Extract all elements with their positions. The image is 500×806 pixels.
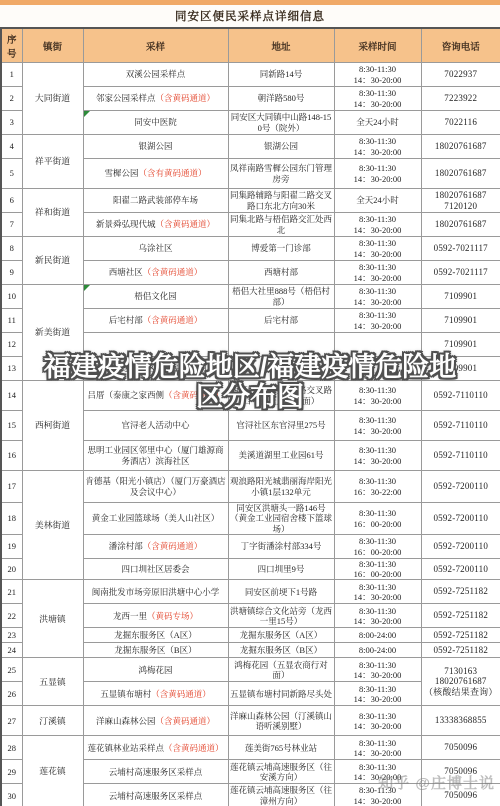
time-cell: 8:30-11:3016：00-20:00 [334,503,421,535]
table-header-row: 序号镇街采样地址采样时间咨询电话 [1,28,500,63]
address-cell: 西柯惠阳路与通福路交叉路口（泰康之家后面） [228,381,334,411]
site-yellow-code-note: （含黄码通道） [164,743,224,753]
row-number-cell: 17 [1,471,22,503]
site-cell: 闽南批发市场旁原旧洪塘中心小学 [83,580,228,604]
site-name-text: 西塘社区 [109,267,143,277]
site-cell: 新景舜弘现代城（含黄码通道） [83,213,228,237]
table-row: 25五显镇鸿梅花园鸿梅花园（五显农商行对面）8:30-11:3014：30-20… [1,658,500,682]
site-cell: 吕厝（泰康之家西侧（含黄码通道） [83,381,228,411]
time-cell: 8:00-24:00 [334,628,421,643]
row-number-cell: 26 [1,682,22,706]
address-cell: 同安区洪塘头一路146号（黄金工业园宿舍楼下篮球场） [228,503,334,535]
town-cell: 莲花镇 [22,736,83,806]
address-cell: 鸿梅花园（五显农商行对面） [228,658,334,682]
site-cell: 官浔老人活动中心 [83,411,228,441]
phone-cell: 0592-7200110 [421,503,500,535]
site-cell: 莲花镇林业站采样点（含黄码通道） [83,736,228,760]
time-cell: 8:30-11:3016：00-20:00 [334,535,421,559]
row-number-cell: 8 [1,237,22,261]
site-cell: 龙掘东服务区（B区） [83,643,228,658]
time-cell: 8:30-11:3014：30-20:00 [334,357,421,381]
address-cell: 洋麻山森林公园（汀溪镇山语听溪别墅） [228,706,334,736]
row-number-cell: 2 [1,87,22,111]
site-yellow-code-note: （含黄码通道） [156,716,216,726]
phone-cell: 7050096 [421,760,500,784]
time-cell: 8:30-11:3014：30-20:00 [334,580,421,604]
site-name-text: 乌涂社区 [138,243,172,253]
table-row: 10新美街道梧侣文化园梧侣大社里888号（梧侣村部）8:30-11:3014：3… [1,285,500,309]
table-row: 21洪塘镇闽南批发市场旁原旧洪塘中心小学同安区前埂下1号路8:30-11:301… [1,580,500,604]
town-cell: 五显镇 [22,658,83,706]
address-cell: 同安区大同镇中山路148-150号（院外） [228,111,334,135]
site-cell: 鸿梅花园 [83,658,228,682]
row-number-cell: 14 [1,381,22,411]
table-row: 4祥平街道银湖公园银湖公园8:30-11:3014：30-20:00180207… [1,135,500,159]
site-name-text: 龙西一里 [113,611,147,621]
site-cell: 五显镇布塘村（含黄码通道） [83,682,228,706]
phone-cell: 0592-7251182 [421,604,500,628]
address-cell: 凤祥南路雪樨公园东门管理房旁 [228,159,334,189]
address-cell: 服务区 [228,357,334,381]
site-cell: 银湖公园 [83,135,228,159]
time-cell: 8:30-11:3014：30-20:00 [334,309,421,333]
time-cell: 8:30-11:3014：30-20:00 [334,213,421,237]
site-name-text: 莲花镇林业站采样点 [87,743,164,753]
time-cell: 8:30-11:3014：30-20:00 [334,261,421,285]
row-number-cell: 1 [1,63,22,87]
site-cell: 同安中医院 [83,111,228,135]
column-header-6: 咨询电话 [421,28,500,63]
phone-cell: 0592-7251182 [421,628,500,643]
phone-cell: 18020761687 [421,213,500,237]
row-number-cell: 13 [1,357,22,381]
site-yellow-code-note: （含黄码通道） [156,93,216,103]
address-cell: 西塘村部 [228,261,334,285]
site-cell: 黄金工业园篮球场（美人山社区） [83,503,228,535]
time-cell: 8:30-11:3014：30-20:00 [334,706,421,736]
town-cell: 美林街道 [22,471,83,580]
row-number-cell: 19 [1,535,22,559]
site-cell: 潘涂村部（含黄码通道） [83,535,228,559]
site-name-text: 洋麻山森林公园 [96,716,156,726]
site-cell: 四口圳社区居委会 [83,559,228,580]
time-cell: 8:30-11:3014：30-20:00 [334,604,421,628]
phone-cell: 13338368855 [421,706,500,736]
phone-cell: 7022116 [421,111,500,135]
row-number-cell: 24 [1,643,22,658]
site-name-text: 黄金工业园篮球场（美人山社区） [92,513,220,523]
time-cell: 8:30-11:3014：30-20:00 [334,135,421,159]
row-number-cell: 3 [1,111,22,135]
phone-cell: 7109901 [421,357,500,381]
site-name-text: 闽南批发市场旁原旧洪塘中心小学 [92,587,220,597]
phone-cell: 18020761687 [421,159,500,189]
site-cell: 洋麻山森林公园（含黄码通道） [83,706,228,736]
time-cell: 8:00-24:00 [334,643,421,658]
site-name-text: 官浔老人活动中心 [121,420,189,430]
time-cell: 8:30-11:3014：30-20:00 [334,658,421,682]
town-cell: 洪塘镇 [22,580,83,658]
site-name-text: 潘涂村部 [109,541,143,551]
table-row: 17美林街道肯德基（阳光小镇店）（厦门万豪酒店及会议中心）观浪路阳光城翡丽海岸阳… [1,471,500,503]
site-cell: 龙掘东服务区（A区） [83,628,228,643]
address-cell: 五显镇布塘村同新路尽头处 [228,682,334,706]
table-body: 1大同街道双溪公园采样点同新路14号8:30-11:3014：30-20:007… [1,63,500,806]
site-yellow-code-note: （含黄码通道） [143,315,203,325]
row-number-cell: 30 [1,784,22,806]
site-name-text: 阳翟二路武装部停车场 [113,195,198,205]
column-header-4: 地址 [228,28,334,63]
row-number-cell: 20 [1,559,22,580]
phone-cell: 0592-7200110 [421,535,500,559]
address-cell: 同安区前埂下1号路 [228,580,334,604]
site-yellow-code-note: （黄码专场） [147,611,198,621]
site-cell: 阳翟二路武装部停车场 [83,189,228,213]
phone-cell: 713016318020761687（核酸结果查询） [421,658,500,706]
row-number-cell: 9 [1,261,22,285]
time-cell: 8:30-11:3014：30-20:00 [334,285,421,309]
column-header-5: 采样时间 [334,28,421,63]
site-name-text: 新景舜弘现代城 [96,219,156,229]
address-cell: 龙掘东服务区（B区） [228,643,334,658]
site-name-text: 邻家公园采样点 [96,93,156,103]
site-name-text: 同安中医院 [134,117,177,127]
site-cell: 肯德基（阳光小镇店）（厦门万豪酒店及会议中心） [83,471,228,503]
phone-cell: 7223922 [421,87,500,111]
time-cell [334,333,421,357]
town-cell: 新美街道 [22,285,83,381]
site-name-text: 龙掘东服务区（B区） [114,645,196,655]
town-cell: 汀溪镇 [22,706,83,736]
town-cell: 大同街道 [22,63,83,135]
column-header-3: 采样 [83,28,228,63]
time-cell: 8:30-11:3014：30-20:00 [334,87,421,111]
phone-cell: 0592-7021117 [421,261,500,285]
address-cell: 莲花镇云埔高速服务区（往安溪方向） [228,760,334,784]
time-cell: 全天24小时 [334,189,421,213]
row-number-cell: 27 [1,706,22,736]
table-row: 1大同街道双溪公园采样点同新路14号8:30-11:3014：30-20:007… [1,63,500,87]
site-name-text: 五显镇布塘村 [100,689,151,699]
site-cell: 邻家公园采样点（含黄码通道） [83,87,228,111]
time-cell: 8:30-11:3014：30-20:00 [334,441,421,471]
table-title: 同安区便民采样点详细信息 [0,5,500,27]
time-cell: 8:30-11:3014：30-20:00 [334,237,421,261]
table-row: 14西柯街道吕厝（泰康之家西侧（含黄码通道）西柯惠阳路与通福路交叉路口（泰康之家… [1,381,500,411]
site-name-text: 后宅村部 [109,315,143,325]
site-name-text: 肯德基（阳光小镇店）（厦门万豪酒店及会议中心） [85,476,225,496]
address-cell: 博爱第一门诊部 [228,237,334,261]
phone-cell: 0592-7110110 [421,441,500,471]
row-number-cell: 23 [1,628,22,643]
page: { "page": { "title": "同安区便民采样点详细信息", "ov… [0,0,500,806]
phone-cell: 0592-7200110 [421,559,500,580]
phone-cell: 0592-7021117 [421,237,500,261]
site-name-text: 思明工业园区邻里中心（厦门雄源商务酒店）滨海社区 [87,445,223,465]
site-yellow-code-note: （含黄码通道） [143,541,203,551]
address-cell: 同集北路与梧侣路交汇处西北 [228,213,334,237]
phone-cell: 180207616877120120 [421,189,500,213]
row-number-cell: 15 [1,411,22,441]
site-cell [83,333,228,357]
time-cell: 8:30-11:3016：00-20:00 [334,559,421,580]
site-cell: 乌涂社区 [83,237,228,261]
site-yellow-code-note: （含黄码通道） [151,689,211,699]
row-number-cell: 25 [1,658,22,682]
table-row: 6祥和街道阳翟二路武装部停车场同集路辅路与阳翟二路交叉路口东北方向30米全天24… [1,189,500,213]
address-cell: 洪塘镇综合文化站旁（龙西一里15号） [228,604,334,628]
row-number-cell: 29 [1,760,22,784]
table-header: 序号镇街采样地址采样时间咨询电话 [1,28,500,63]
site-yellow-code-note: （含黄码通道） [164,390,224,400]
time-cell: 8:30-11:3014：30-20:00 [334,784,421,806]
row-number-cell: 21 [1,580,22,604]
row-number-cell: 16 [1,441,22,471]
address-cell [228,333,334,357]
site-cell: 雪樨公园（含有黄码通道） [83,159,228,189]
site-cell: 后宅村部（含黄码通道） [83,309,228,333]
site-cell: 云埔村高速服务区采样点 [83,760,228,784]
site-name-text: 云埔村高速服务区采样点 [109,767,203,777]
table-row: 8新民街道乌涂社区博爱第一门诊部8:30-11:3014：30-20:00059… [1,237,500,261]
phone-cell: 7050096 [421,784,500,806]
site-name-text: 凤南高速服务区（往厦门方向） [96,363,215,373]
address-cell: 银湖公园 [228,135,334,159]
site-name-text: 四口圳社区居委会 [121,564,189,574]
town-cell: 祥和街道 [22,189,83,237]
table-row: 28莲花镇莲花镇林业站采样点（含黄码通道）莲美街765号林业站8:30-11:3… [1,736,500,760]
site-name-text: 银湖公园 [138,141,172,151]
site-cell: 思明工业园区邻里中心（厦门雄源商务酒店）滨海社区 [83,441,228,471]
column-header-2: 镇街 [22,28,83,63]
time-cell: 8:30-11:3014：30-20:00 [334,682,421,706]
town-cell: 新民街道 [22,237,83,285]
address-cell: 四口圳里9号 [228,559,334,580]
phone-cell: 7022937 [421,63,500,87]
sampling-points-table: 序号镇街采样地址采样时间咨询电话 1大同街道双溪公园采样点同新路14号8:30-… [0,27,500,806]
address-cell: 观浪路阳光城翡丽海岸阳光小镇1层132单元 [228,471,334,503]
row-number-cell: 22 [1,604,22,628]
time-cell: 8:30-11:3016：30-22:00 [334,471,421,503]
site-cell: 云埔村高速服务区采样点 [83,784,228,806]
site-cell: 西塘社区（含黄码通道） [83,261,228,285]
phone-cell: 0592-7110110 [421,411,500,441]
phone-cell: 0592-7110110 [421,381,500,411]
phone-cell: 0592-7251182 [421,580,500,604]
phone-cell: 7050096 [421,736,500,760]
site-cell: 龙西一里（黄码专场） [83,604,228,628]
address-cell: 同集路辅路与阳翟二路交叉路口东北方向30米 [228,189,334,213]
address-cell: 莲美街765号林业站 [228,736,334,760]
site-cell: 凤南高速服务区（往厦门方向） [83,357,228,381]
site-cell: 双溪公园采样点 [83,63,228,87]
address-cell: 官浔社区东官浔里275号 [228,411,334,441]
site-name-text: 云埔村高速服务区采样点 [109,791,203,801]
time-cell: 8:30-11:3014：30-20:00 [334,159,421,189]
site-name-text: 龙掘东服务区（A区） [114,630,197,640]
time-cell: 全天24小时 [334,111,421,135]
row-number-cell: 4 [1,135,22,159]
site-yellow-code-note: （含黄码通道） [156,219,216,229]
town-cell: 西柯街道 [22,381,83,471]
address-cell: 莲花镇云埔高速服务区（往漳州方向） [228,784,334,806]
site-yellow-code-note: （含有黄码通道） [139,168,207,178]
phone-cell: 0592-7200110 [421,471,500,503]
site-name-text: 鸿梅花园 [138,665,172,675]
phone-cell: 7109901 [421,309,500,333]
town-cell: 祥平街道 [22,135,83,189]
row-number-cell: 28 [1,736,22,760]
site-cell: 梧侣文化园 [83,285,228,309]
site-yellow-code-note: （含黄码通道） [143,267,203,277]
site-name-text: 双溪公园采样点 [126,69,186,79]
address-cell: 龙掘东服务区（A区） [228,628,334,643]
row-number-cell: 12 [1,333,22,357]
address-cell: 后宅村部 [228,309,334,333]
phone-cell: 7109901 [421,333,500,357]
time-cell: 8:30-11:3014：30-20:00 [334,760,421,784]
phone-cell: 7109901 [421,285,500,309]
phone-cell: 0592-7251182 [421,643,500,658]
time-cell: 8:30-11:3014：30-20:00 [334,63,421,87]
row-number-cell: 5 [1,159,22,189]
table-row: 27汀溪镇洋麻山森林公园（含黄码通道）洋麻山森林公园（汀溪镇山语听溪别墅）8:3… [1,706,500,736]
site-name-text: 雪樨公园 [104,168,138,178]
row-number-cell: 7 [1,213,22,237]
column-header-1: 序号 [1,28,22,63]
row-number-cell: 18 [1,503,22,535]
time-cell: 8:30-11:3014：30-20:00 [334,736,421,760]
phone-cell: 18020761687 [421,135,500,159]
address-cell: 朝洋路580号 [228,87,334,111]
row-number-cell: 11 [1,309,22,333]
site-name-text: 吕厝（泰康之家西侧 [87,390,164,400]
address-cell: 丁字街潘涂村部334号 [228,535,334,559]
address-cell: 同新路14号 [228,63,334,87]
row-number-cell: 6 [1,189,22,213]
address-cell: 梧侣大社里888号（梧侣村部） [228,285,334,309]
row-number-cell: 10 [1,285,22,309]
address-cell: 美溪道湖里工业园61号 [228,441,334,471]
time-cell: 8:30-11:3014：30-20:00 [334,411,421,441]
time-cell: 8:30-11:3014：30-20:00 [334,381,421,411]
site-name-text: 梧侣文化园 [134,291,177,301]
